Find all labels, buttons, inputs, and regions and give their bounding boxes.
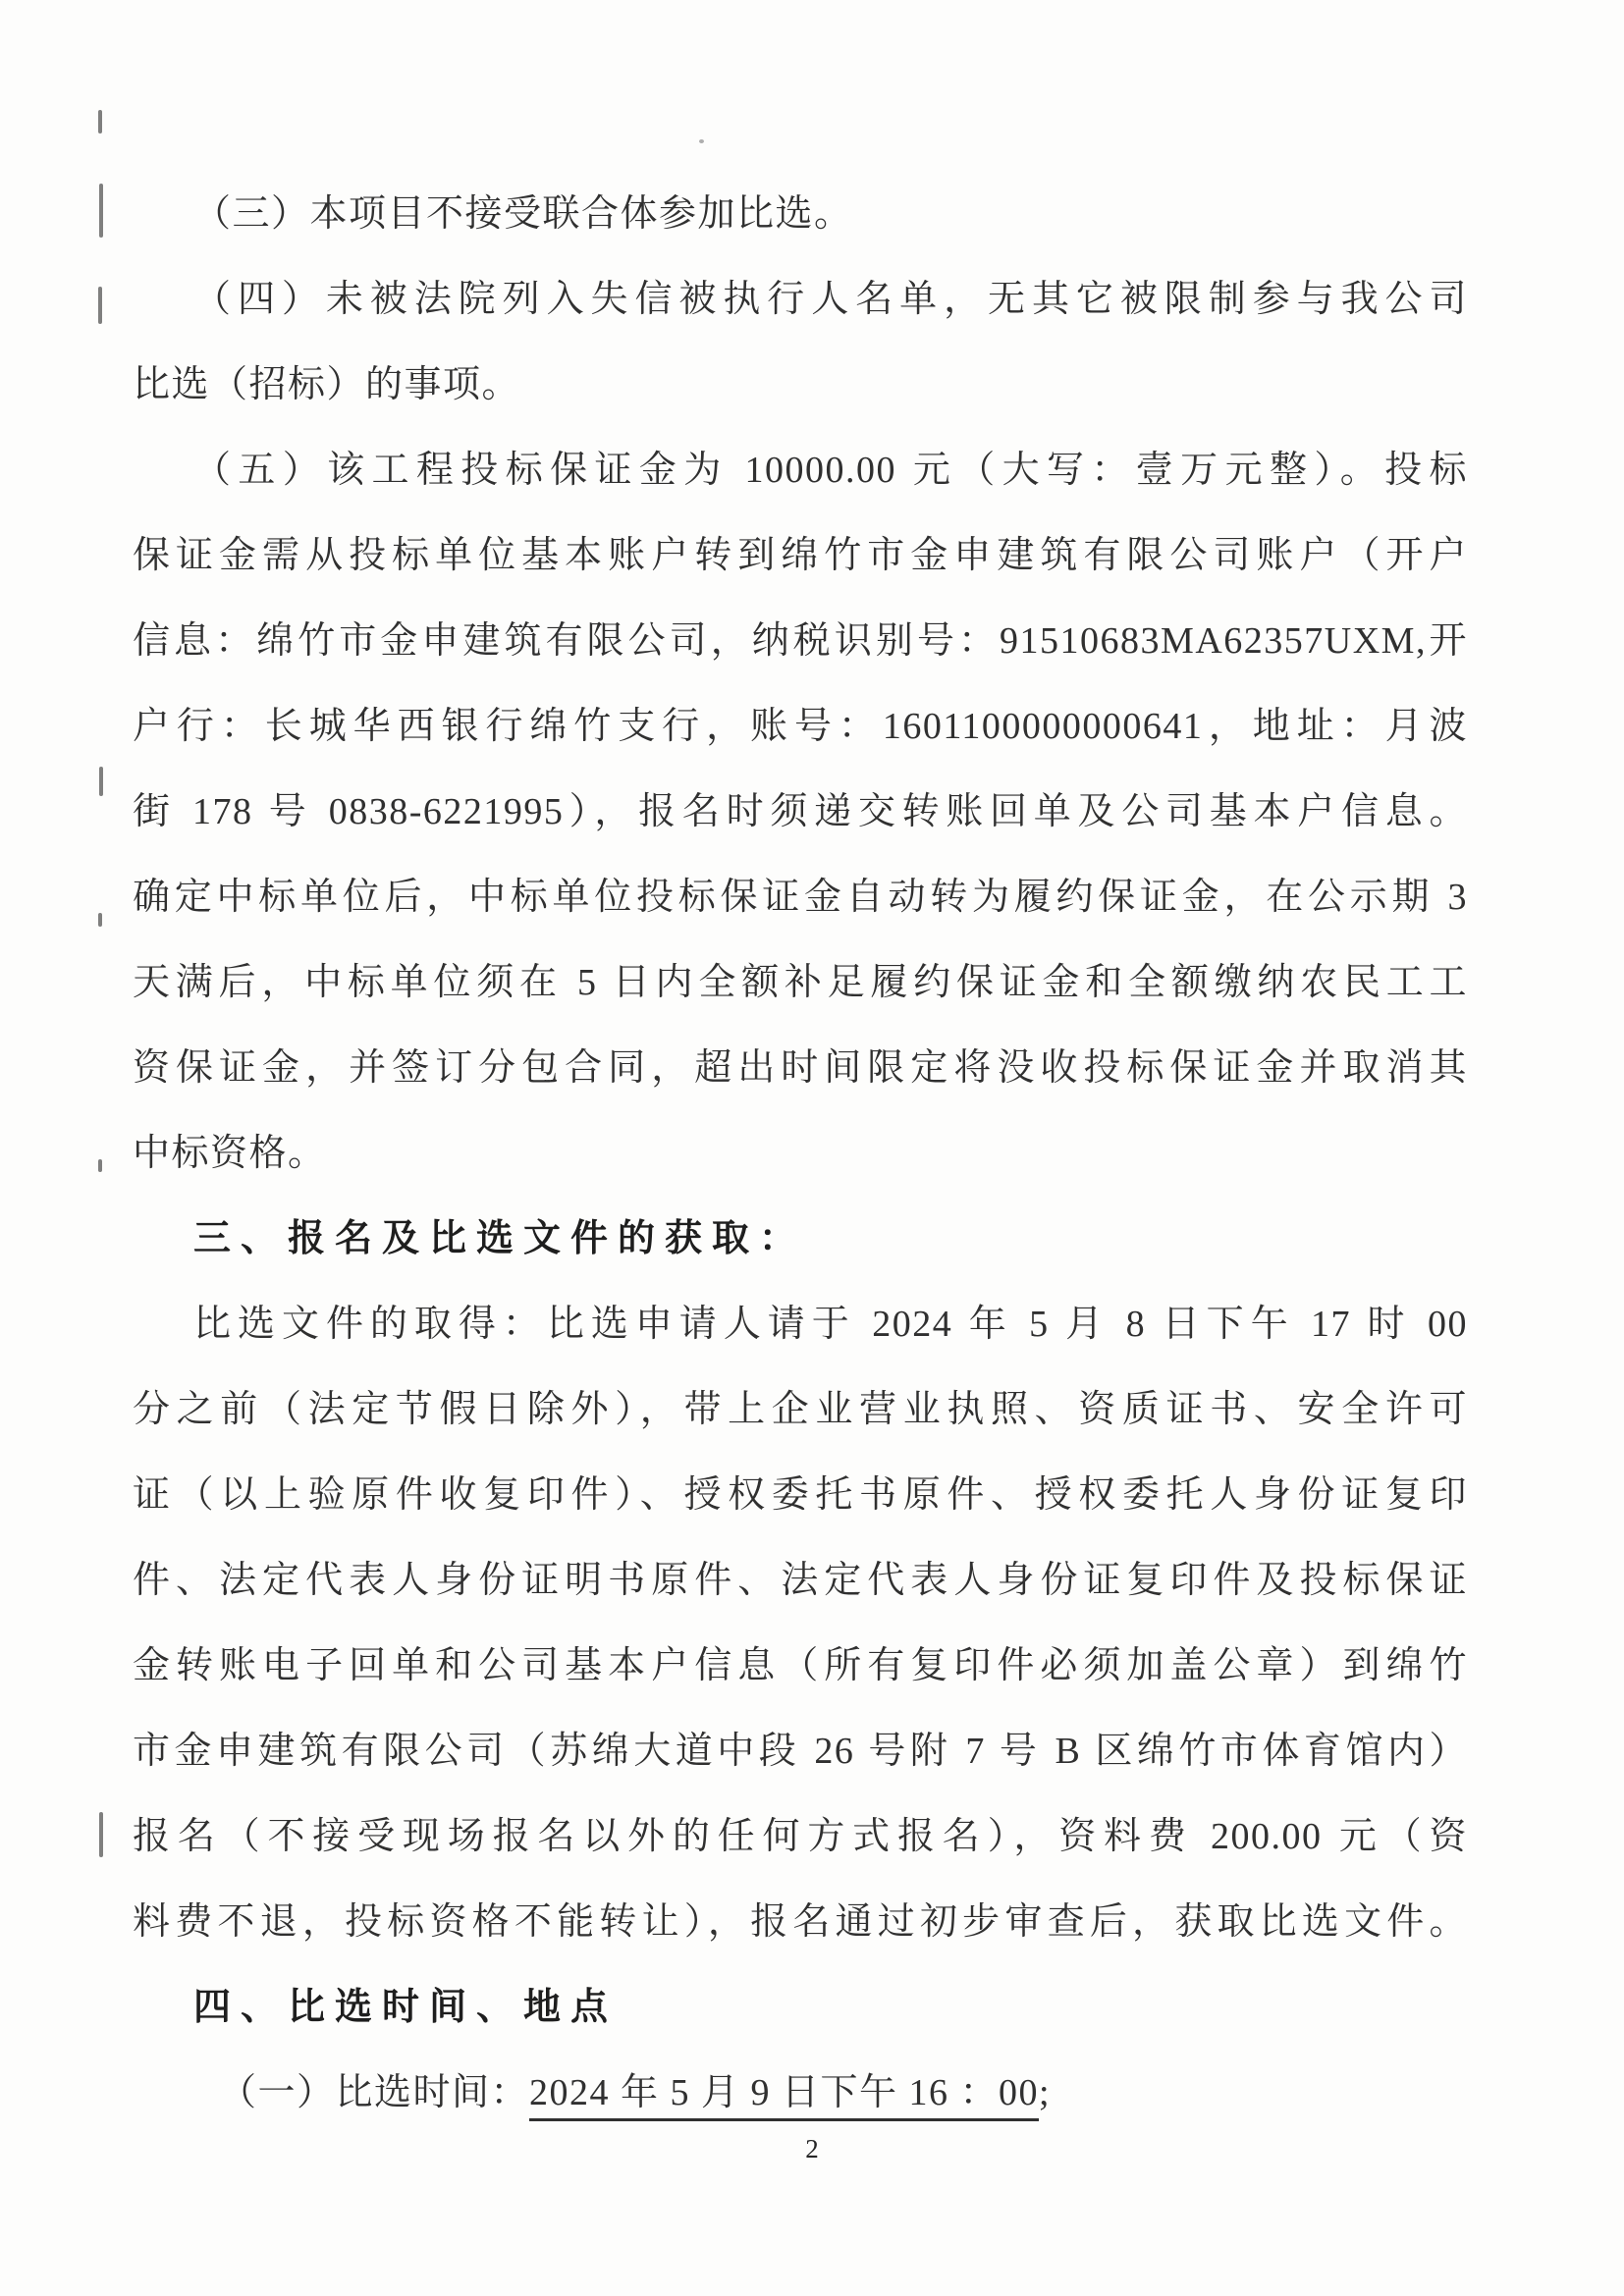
doc-line: 资保证金，并签订分包合同，超出时间限定将没收投标保证金并取消其 [133, 1026, 1468, 1111]
doc-line: 料费不退，投标资格不能转让），报名通过初步审查后，获取比选文件。 [133, 1880, 1468, 1965]
document-page: （三）本项目不接受联合体参加比选。 （四）未被法院列入失信被执行人名单，无其它被… [0, 0, 1624, 2296]
scan-artifact [99, 767, 103, 796]
doc-line: 户行：长城华西银行绵竹支行，账号：1601100000000641，地址：月波 [133, 684, 1468, 770]
doc-line: 金转账电子回单和公司基本户信息（所有复印件必须加盖公章）到绵竹 [133, 1624, 1468, 1709]
doc-line: 保证金需从投标单位基本账户转到绵竹市金申建筑有限公司账户（开户 [133, 513, 1468, 599]
doc-line: 比选（招标）的事项。 [133, 343, 1468, 428]
bid-time-line: （一）比选时间：2024 年 5 月 9 日下午 16 ：00; [133, 2051, 1468, 2136]
bid-time-label: （一）比选时间： [219, 2072, 529, 2113]
doc-line: （五）该工程投标保证金为 10000.00 元（大写：壹万元整）。投标 [133, 428, 1468, 513]
scan-artifact [98, 110, 102, 133]
doc-line: 报名（不接受现场报名以外的任何方式报名），资料费 200.00 元（资 [133, 1794, 1468, 1880]
doc-line: 证（以上验原件收复印件）、授权委托书原件、授权委托人身份证复印 [133, 1453, 1468, 1538]
doc-line: （三）本项目不接受联合体参加比选。 [133, 172, 1468, 257]
doc-line: 比选文件的取得：比选申请人请于 2024 年 5 月 8 日下午 17 时 00 [133, 1282, 1468, 1367]
scan-artifact [699, 139, 704, 143]
doc-line: 街 178 号 0838-6221995），报名时须递交转账回单及公司基本户信息… [133, 770, 1468, 855]
section-heading-document-obtain: 三、报名及比选文件的获取： [133, 1197, 1468, 1282]
bid-time-suffix: ; [1039, 2072, 1051, 2113]
scan-artifact [98, 287, 102, 324]
scan-artifact [99, 1812, 103, 1857]
doc-line: 件、法定代表人身份证明书原件、法定代表人身份证复印件及投标保证 [133, 1538, 1468, 1624]
doc-line: （四）未被法院列入失信被执行人名单，无其它被限制参与我公司 [133, 257, 1468, 343]
scan-artifact [99, 184, 103, 238]
doc-line: 天满后，中标单位须在 5 日内全额补足履约保证金和全额缴纳农民工工 [133, 940, 1468, 1026]
doc-line: 确定中标单位后，中标单位投标保证金自动转为履约保证金，在公示期 3 [133, 855, 1468, 940]
document-body: （三）本项目不接受联合体参加比选。 （四）未被法院列入失信被执行人名单，无其它被… [133, 172, 1468, 2136]
doc-line: 中标资格。 [133, 1111, 1468, 1197]
section-heading-bidding-time-location: 四、比选时间、地点 [133, 1965, 1468, 2051]
bid-time-value: 2024 年 5 月 9 日下午 16 ：00 [529, 2072, 1039, 2113]
page-number: 2 [0, 2128, 1624, 2169]
doc-line: 信息：绵竹市金申建筑有限公司，纳税识别号：91510683MA62357UXM,… [133, 599, 1468, 684]
scan-artifact [98, 1159, 102, 1172]
doc-line: 市金申建筑有限公司（苏绵大道中段 26 号附 7 号 B 区绵竹市体育馆内） [133, 1709, 1468, 1794]
scan-artifact [98, 913, 102, 927]
doc-line: 分之前（法定节假日除外），带上企业营业执照、资质证书、安全许可 [133, 1367, 1468, 1453]
